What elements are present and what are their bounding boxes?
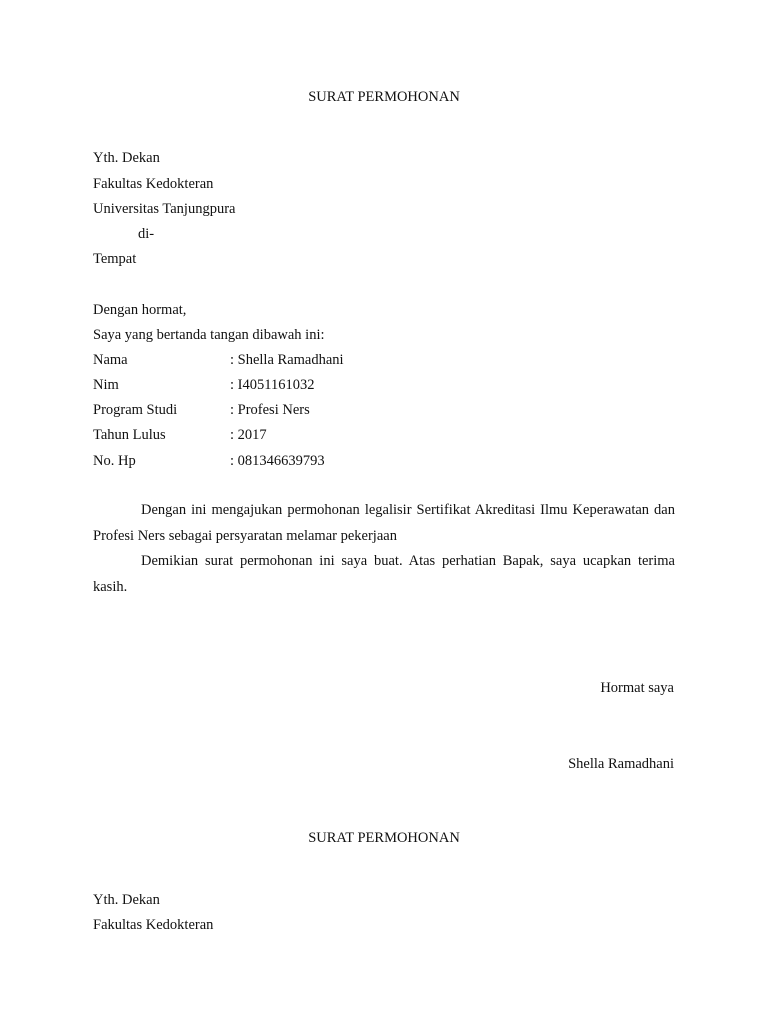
closing-paragraph: Demikian surat permohonan ini saya buat.… <box>93 549 675 600</box>
field-value: : Profesi Ners <box>230 401 310 419</box>
field-label: Nama <box>93 351 128 369</box>
field-value: : Shella Ramadhani <box>230 351 344 369</box>
body-paragraph: Dengan ini mengajukan permohonan legalis… <box>93 498 675 549</box>
letter-title: SURAT PERMOHONAN <box>0 88 768 106</box>
recipient-line: Yth. Dekan <box>93 149 160 167</box>
signature-name: Shella Ramadhani <box>568 755 674 773</box>
closing-salutation: Hormat saya <box>600 679 674 697</box>
field-value: : I4051161032 <box>230 376 314 394</box>
recipient-line: Tempat <box>93 250 136 268</box>
field-value: : 2017 <box>230 426 267 444</box>
field-label: Tahun Lulus <box>93 426 166 444</box>
recipient-line: Universitas Tanjungpura <box>93 200 235 218</box>
field-value: : 081346639793 <box>230 452 325 470</box>
recipient-line: di- <box>138 225 154 243</box>
field-label: Program Studi <box>93 401 177 419</box>
field-label: Nim <box>93 376 119 394</box>
intro-text: Saya yang bertanda tangan dibawah ini: <box>93 326 325 344</box>
recipient-line: Yth. Dekan <box>93 891 160 909</box>
greeting: Dengan hormat, <box>93 301 186 319</box>
recipient-line: Fakultas Kedokteran <box>93 175 213 193</box>
recipient-line: Fakultas Kedokteran <box>93 916 213 934</box>
field-label: No. Hp <box>93 452 136 470</box>
next-letter-title: SURAT PERMOHONAN <box>0 829 768 847</box>
